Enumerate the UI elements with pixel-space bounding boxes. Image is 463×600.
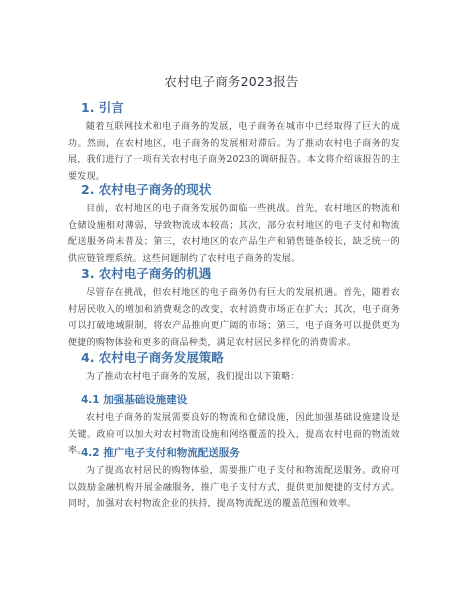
subsection-heading-payment-logistics: 4.2 推广电子支付和物流配送服务 <box>81 445 240 460</box>
section-heading-current-status: 2. 农村电子商务的现状 <box>81 180 211 198</box>
section-body-strategies: 为了推动农村电子商务的发展，我们提出以下策略： <box>68 369 400 386</box>
subsection-heading-infrastructure: 4.1 加强基础设施建设 <box>81 392 187 407</box>
section-heading-opportunities: 3. 农村电子商务的机遇 <box>81 264 211 282</box>
subsection-body-payment-logistics: 为了提高农村居民的购物体验，需要推广电子支付和物流配送服务。政府可以鼓励金融机构… <box>68 463 400 513</box>
section-heading-introduction: 1. 引言 <box>81 98 124 116</box>
section-body-introduction: 随着互联网技术和电子商务的发展，电子商务在城市中已经取得了巨大的成功。然而，在农… <box>68 119 400 185</box>
document-page: 农村电子商务2023报告 1. 引言 随着互联网技术和电子商务的发展，电子商务在… <box>0 0 463 600</box>
document-title: 农村电子商务2023报告 <box>0 72 463 90</box>
section-body-current-status: 目前，农村地区的电子商务发展仍面临一些挑战。首先，农村地区的物流和仓储设施相对薄… <box>68 201 400 267</box>
section-body-opportunities: 尽管存在挑战，但农村地区的电子商务仍有巨大的发展机遇。首先，随着农村居民收入的增… <box>68 285 400 351</box>
section-heading-strategies: 4. 农村电子商务发展策略 <box>81 348 224 366</box>
